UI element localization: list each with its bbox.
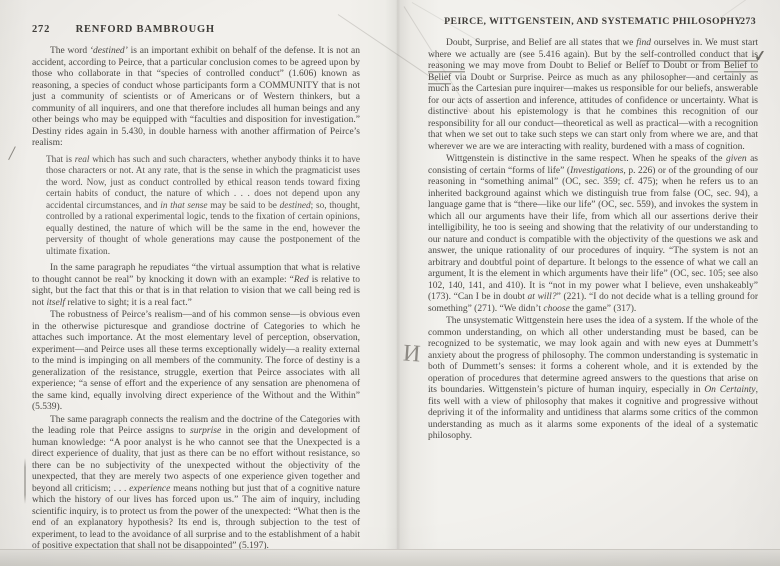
text-run: relative to sight; it is a real fact.” (65, 298, 192, 308)
paragraph: The same paragraph connects the realism … (32, 415, 360, 553)
text-run: itself (47, 298, 65, 308)
left-page-number: 272 (32, 24, 50, 35)
page-bottom-edge (0, 549, 780, 566)
right-page-number: 273 (740, 16, 756, 27)
text-run: surprise (190, 426, 221, 436)
left-page-header: 272 RENFORD BAMBROUGH (32, 24, 360, 35)
text-run: we may move from Doubt to Belief or Beli… (465, 61, 724, 71)
text-run: find (636, 38, 651, 48)
text-run: choose (543, 304, 569, 314)
right-running-head: PEIRCE, WITTGENSTEIN, AND SYSTEMATIC PHI… (444, 16, 742, 27)
text-run: real (75, 155, 90, 165)
text-run: experience (129, 484, 170, 494)
text-run: ‘destined’ (90, 46, 128, 56)
text-run: via Doubt or Surprise. Peirce as much as… (428, 73, 758, 152)
text-run: Investigations (570, 166, 623, 176)
left-running-head: RENFORD BAMBROUGH (76, 24, 215, 35)
text-run: That is (46, 155, 75, 165)
text-run: in that sense (160, 201, 207, 211)
right-page-header: PEIRCE, WITTGENSTEIN, AND SYSTEMATIC PHI… (428, 16, 758, 27)
book-scan: 272 RENFORD BAMBROUGH The word ‘destined… (0, 0, 780, 566)
text-run: destined (280, 201, 311, 211)
pencil-line-mark (24, 458, 26, 504)
right-page: PEIRCE, WITTGENSTEIN, AND SYSTEMATIC PHI… (397, 0, 780, 550)
left-page: 272 RENFORD BAMBROUGH The word ‘destined… (0, 0, 397, 550)
pencil-check-mark: ✓ (753, 46, 767, 66)
text-run: may be said to be (208, 201, 280, 211)
text-run: Red (294, 275, 309, 285)
text-run: The robustness of Peirce’s realism—and o… (32, 310, 360, 412)
text-run: On Certainty (704, 385, 755, 395)
gutter-fold (385, 0, 411, 550)
left-page-body: The word ‘destined’ is an important exhi… (32, 46, 360, 553)
pencil-n-mark: И (402, 340, 421, 368)
text-run: , p. 226) or of the grounding of our rea… (428, 166, 758, 303)
text-run: the game” (317). (570, 304, 636, 314)
paragraph: The word ‘destined’ is an important exhi… (32, 46, 360, 150)
text-run: given (726, 154, 747, 164)
text-run: The word (50, 46, 90, 56)
text-run: The unsystematic Wittgenstein here uses … (428, 316, 758, 395)
paragraph: Doubt, Surprise, and Belief are all stat… (428, 38, 758, 153)
paragraph: Wittgenstein is distinctive in the same … (428, 154, 758, 315)
right-page-body: Doubt, Surprise, and Belief are all stat… (428, 38, 758, 443)
paragraph: In the same paragraph he repudiates “the… (32, 263, 360, 309)
paragraph: The robustness of Peirce’s realism—and o… (32, 310, 360, 414)
text-run: is an important exhibit on behalf of the… (32, 46, 360, 148)
block-quote: That is real which has such and such cha… (46, 155, 360, 259)
text-run: Wittgenstein is distinctive in the same … (446, 154, 726, 164)
paragraph: The unsystematic Wittgenstein here uses … (428, 316, 758, 443)
text-run: at will? (528, 292, 557, 302)
